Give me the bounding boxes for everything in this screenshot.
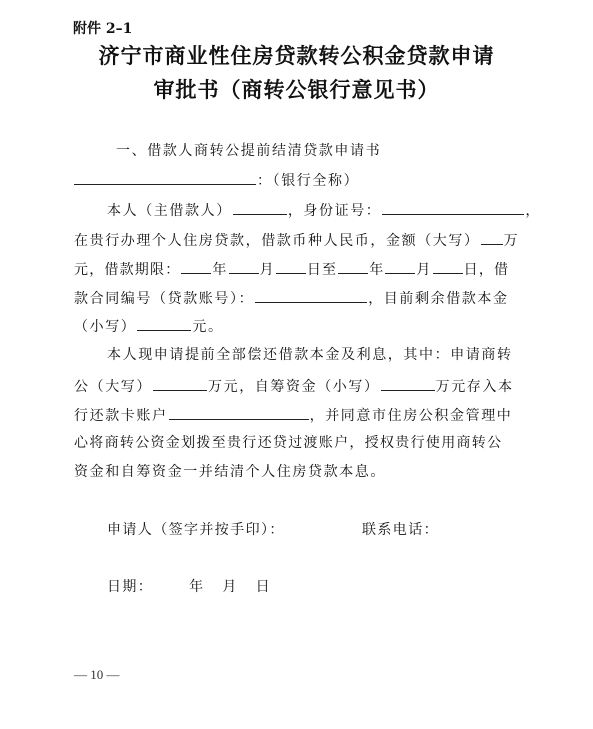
transfer-amount-field[interactable]: [153, 376, 207, 391]
label: 日至: [307, 262, 337, 278]
date-label: 日期：: [107, 579, 153, 595]
date-day: 日: [256, 579, 271, 595]
section1-heading: 一、借款人商转公提前结清贷款申请书: [116, 142, 562, 160]
para2-line5: 资金和自筹资金一并结清个人住房贷款本息。: [74, 463, 520, 481]
para1-line3: 元，借款期限：年月日至年月日，借: [74, 259, 520, 279]
contract-number-field[interactable]: [255, 288, 367, 303]
label: ，并同意市住房公积金管理中: [310, 408, 513, 424]
para1-line4: 款合同编号（贷款账号）：，目前剩余借款本金: [74, 288, 520, 308]
para1-line1: 本人（主借款人），身份证号：，: [107, 200, 553, 220]
label: 日，借: [464, 262, 510, 278]
start-year-field[interactable]: [181, 259, 211, 274]
document-title-line2: 审批书（商转公银行意见书）: [0, 74, 593, 104]
bank-name-line: ：（银行全称）: [74, 170, 520, 190]
label: ，目前剩余借款本金: [368, 291, 508, 307]
para2-line4: 心将商转公资金划拨至贵行还贷过渡账户，授权贵行使用商转公: [74, 434, 520, 452]
label: 万元，自筹资金（小写）: [208, 379, 380, 395]
label: 本人（主借款人）: [107, 203, 232, 219]
label: ，: [525, 203, 541, 219]
label: 万元存入本: [436, 379, 514, 395]
date-month: 月: [222, 579, 237, 595]
attachment-label: 附件 2–1: [73, 18, 132, 38]
start-day-field[interactable]: [276, 259, 306, 274]
borrower-name-field[interactable]: [233, 200, 287, 215]
label: 年: [212, 262, 227, 278]
applicant-signature-label: 申请人（签字并按手印）：: [107, 519, 285, 539]
para1-line2: 在贵行办理个人住房贷款，借款币种人民币，金额（大写）万: [74, 230, 520, 250]
page-number: — 10 —: [74, 667, 120, 683]
label: 元，借款期限：: [74, 262, 180, 278]
bank-name-field[interactable]: [74, 170, 256, 185]
end-month-field[interactable]: [385, 259, 415, 274]
label: 行还款卡账户: [74, 408, 168, 424]
label: （小写）: [74, 319, 136, 335]
remaining-principal-field[interactable]: [137, 316, 191, 331]
repayment-card-account-field[interactable]: [169, 405, 309, 420]
label: 在贵行办理个人住房贷款，借款币种人民币，金额（大写）: [74, 233, 480, 249]
bank-name-suffix: ：（银行全称）: [257, 173, 359, 189]
date-line: 日期： 年 月 日: [107, 576, 271, 596]
end-year-field[interactable]: [338, 259, 368, 274]
label: ，身份证号：: [288, 203, 382, 219]
para1-line5: （小写）元。: [74, 316, 520, 336]
document-title-line1: 济宁市商业性住房贷款转公积金贷款申请: [0, 40, 593, 70]
label: 万: [504, 233, 520, 249]
self-funds-field[interactable]: [381, 376, 435, 391]
para2-line1: 本人现申请提前全部偿还借款本金及利息，其中：申请商转: [107, 346, 553, 364]
start-month-field[interactable]: [229, 259, 259, 274]
label: 元。: [192, 319, 223, 335]
label: 公（大写）: [74, 379, 152, 395]
date-year: 年: [189, 579, 204, 595]
para2-line2: 公（大写）万元，自筹资金（小写）万元存入本: [74, 376, 520, 396]
phone-label: 联系电话：: [362, 519, 439, 539]
label: 款合同编号（贷款账号）：: [74, 291, 254, 307]
end-day-field[interactable]: [433, 259, 463, 274]
label: 月: [416, 262, 431, 278]
loan-amount-upper-field[interactable]: [481, 230, 503, 245]
label: 年: [369, 262, 384, 278]
id-number-field[interactable]: [382, 200, 524, 215]
label: 月: [260, 262, 275, 278]
para2-line3: 行还款卡账户，并同意市住房公积金管理中: [74, 405, 520, 425]
